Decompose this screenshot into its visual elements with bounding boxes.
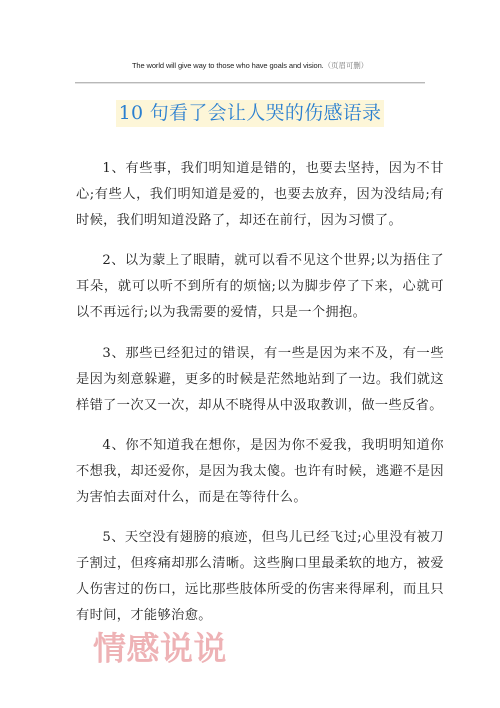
paragraph-2: 2、以为蒙上了眼睛，就可以看不见这个世界;以为捂住了耳朵，就可以听不到所有的烦恼… (76, 248, 444, 326)
header-quote: The world will give way to those who hav… (132, 61, 324, 70)
paragraph-3: 3、那些已经犯过的错误，有一些是因为来不及，有一些是因为刻意躲避，更多的时候是茫… (76, 341, 444, 419)
header-divider (75, 82, 425, 83)
watermark-logo: 情感说说 (93, 623, 227, 669)
article-body: 1、有些事，我们明知道是错的，也要去坚持，因为不甘心;有些人，我们明知道是爱的，… (76, 156, 444, 643)
page-title: 10 句看了会让人哭的伤感语录 (116, 100, 385, 127)
title-container: 10 句看了会让人哭的伤感语录 (0, 100, 500, 127)
document-page: The world will give way to those who hav… (0, 0, 500, 708)
paragraph-5: 5、天空没有翅膀的痕迹，但鸟儿已经飞过;心里没有被刀子割过，但疼痛却那么清晰。这… (76, 525, 444, 629)
header-note: （页眉可删） (324, 61, 368, 70)
paragraph-4: 4、你不知道我在想你，是因为你不爱我，我明明知道你不想我，却还爱你，是因为我太傻… (76, 433, 444, 511)
page-header: The world will give way to those who hav… (0, 60, 500, 71)
paragraph-1: 1、有些事，我们明知道是错的，也要去坚持，因为不甘心;有些人，我们明知道是爱的，… (76, 156, 444, 234)
